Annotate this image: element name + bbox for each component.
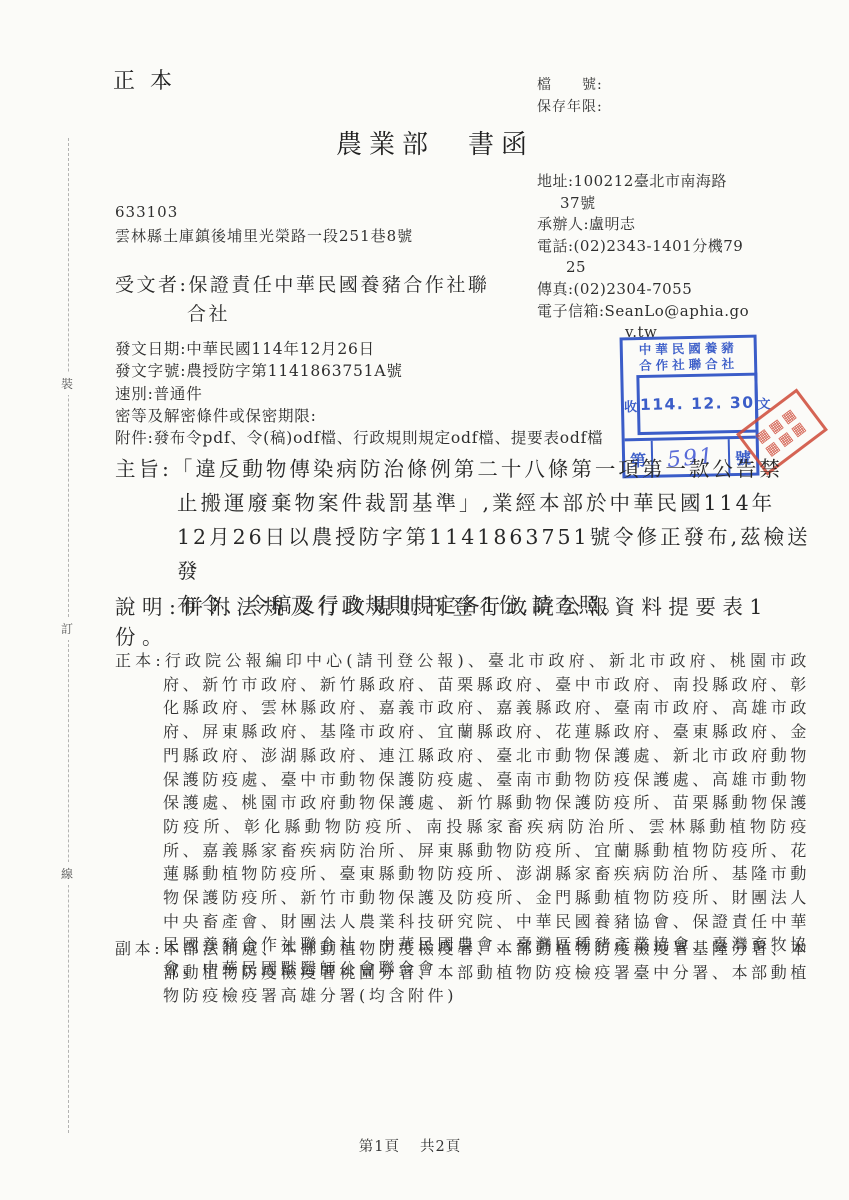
sender-email-line1: 電子信箱:SeanLo@aphia.go [537,301,837,323]
security-classification: 密等及解密條件或保密期限: [115,405,603,427]
receipt-stamp-org-name: 中華民國養豬 合作社聯合社 [623,338,755,374]
issue-date: 發文日期:中華民國114年12月26日 [115,338,603,360]
original-recipients-block: 正本:行政院公報編印中心(請刊登公報)、臺北市政府、新北市政府、桃園市政府、新竹… [115,649,810,981]
recipient-name-line1: 受文者:保證責任中華民國養豬合作社聯 [115,271,489,300]
priority-level: 速別:普通件 [115,383,603,405]
cc-recipients-block: 副本:本部法制處、本部動植物防疫檢疫署、本部動植物防疫檢疫署基隆分署、本部動植物… [115,937,810,1008]
sender-phone-line2: 25 [537,257,837,279]
copy-type-label: 正 本 [113,64,176,95]
binding-char-zhuang: 裝 [59,372,75,395]
archive-info-block: 檔 號: 保存年限: [537,74,603,118]
description-line: 說明:併附法規及行政規則刊登行政院公報資料提要表1份。 [115,590,815,650]
receipt-stamp-date-row: 收 114. 12. 30 文 [623,373,755,436]
total-page-count: 共2頁 [420,1139,461,1155]
archive-number-label: 檔 號: [537,74,603,96]
attachments-line: 附件:發布令pdf、令(稿)odf檔、行政規則規定odf檔、提要表odf檔 [115,427,603,449]
sender-phone-line1: 電話:(02)2343-1401分機79 [537,236,837,258]
recipient-name-line2: 合社 [115,300,489,329]
document-meta-block: 發文日期:中華民國114年12月26日 發文字號:農授防字第1141863751… [115,338,603,449]
original-recipients-text: 正本:行政院公報編印中心(請刊登公報)、臺北市政府、新北市政府、桃園市政府、新竹… [115,649,810,981]
retention-period-label: 保存年限: [537,96,603,118]
cc-recipients-list: 本部法制處、本部動植物防疫檢疫署、本部動植物防疫檢疫署基隆分署、本部動植物防疫檢… [163,939,810,1005]
document-number: 發文字號:農授防字第1141863751A號 [115,360,603,382]
original-recipients-list: 行政院公報編印中心(請刊登公報)、臺北市政府、新北市政府、桃園市政府、新竹市政府… [163,651,810,978]
cc-recipients-label: 副本: [115,939,163,958]
sender-contact-person: 承辦人:盧明志 [537,214,837,236]
subject-line: 主旨:「違反動物傳染病防治條例第二十八條第一項第一款公告禁 [115,452,811,486]
binding-char-ding: 訂 [59,617,75,640]
document-title: 農業部 書函 [115,124,755,161]
original-recipients-label: 正本: [115,651,164,670]
sender-address-line1: 地址:100212臺北市南海路 [537,171,837,193]
subject-line: 12月26日以農授防字第1141863751號令修正發布,茲檢送發 [115,520,811,588]
receipt-stamp-org-line2: 合作社聯合社 [623,355,754,373]
recipient-address: 雲林縣土庫鎮後埔里光榮路一段251巷8號 [115,225,413,246]
sender-contact-block: 地址:100212臺北市南海路 37號 承辦人:盧明志 電話:(02)2343-… [537,171,837,344]
sender-address-line2: 37號 [537,193,837,215]
receipt-stamp-receive-char: 收 [623,375,637,435]
recipient-postal-code: 633103 [115,203,178,221]
subject-line: 止搬運廢棄物案件裁罰基準」,業經本部於中華民國114年 [115,486,811,520]
page-footer: 第1頁共2頁 [115,1135,705,1156]
recipient-name-block: 受文者:保證責任中華民國養豬合作社聯 合社 [115,271,489,329]
sender-fax: 傳真:(02)2304-7055 [537,279,837,301]
binding-char-xian: 線 [59,862,75,885]
current-page-number: 第1頁 [359,1139,400,1155]
cc-recipients-text: 副本:本部法制處、本部動植物防疫檢疫署、本部動植物防疫檢疫署基隆分署、本部動植物… [115,937,810,1008]
receipt-stamp-date: 114. 12. 30 [636,373,758,436]
